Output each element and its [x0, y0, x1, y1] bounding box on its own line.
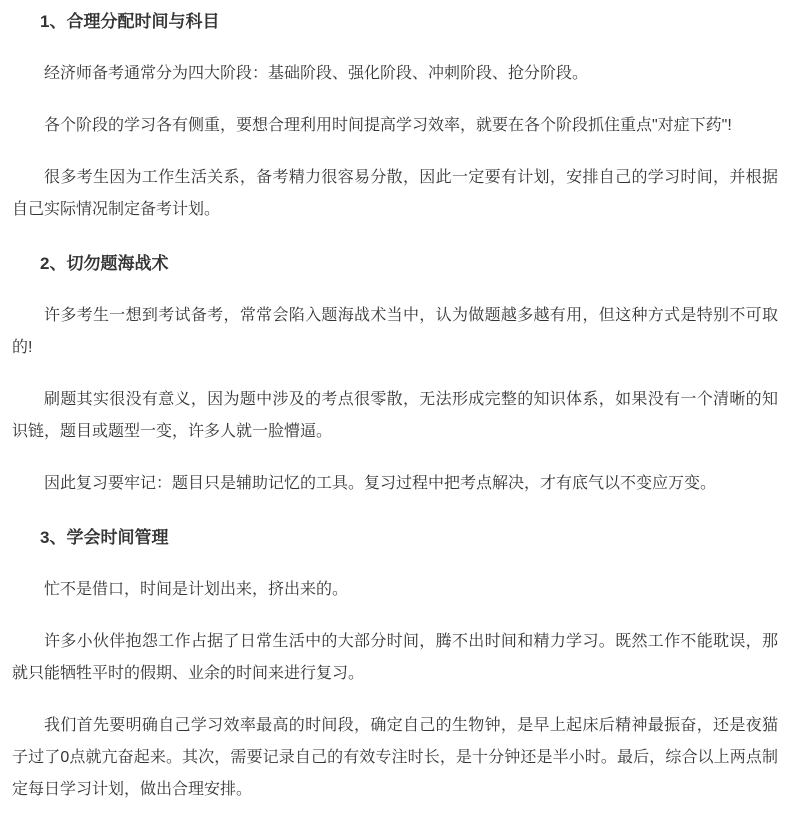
article-body: 1、合理分配时间与科目 经济师备考通常分为四大阶段：基础阶段、强化阶段、冲刺阶段…	[0, 0, 790, 832]
paragraph: 许多考生一想到考试备考，常常会陷入题海战术当中，认为做题越多越有用，但这种方式是…	[12, 300, 778, 364]
paragraph: 刷题其实很没有意义，因为题中涉及的考点很零散，无法形成完整的知识体系，如果没有一…	[12, 384, 778, 448]
section-heading: 1、合理分配时间与科目	[12, 6, 778, 38]
section-time-allocation: 1、合理分配时间与科目 经济师备考通常分为四大阶段：基础阶段、强化阶段、冲刺阶段…	[12, 6, 778, 226]
paragraph: 经济师备考通常分为四大阶段：基础阶段、强化阶段、冲刺阶段、抢分阶段。	[12, 58, 778, 90]
paragraph: 许多小伙伴抱怨工作占据了日常生活中的大部分时间，腾不出时间和精力学习。既然工作不…	[12, 626, 778, 690]
paragraph: 很多考生因为工作生活关系，备考精力很容易分散，因此一定要有计划，安排自己的学习时…	[12, 162, 778, 226]
paragraph: 我们首先要明确自己学习效率最高的时间段，确定自己的生物钟，是早上起床后精神最振奋…	[12, 710, 778, 806]
section-time-management: 3、学会时间管理 忙不是借口，时间是计划出来，挤出来的。 许多小伙伴抱怨工作占据…	[12, 522, 778, 806]
section-heading: 2、切勿题海战术	[12, 248, 778, 280]
section-heading: 3、学会时间管理	[12, 522, 778, 554]
section-no-question-sea: 2、切勿题海战术 许多考生一想到考试备考，常常会陷入题海战术当中，认为做题越多越…	[12, 248, 778, 500]
paragraph: 因此复习要牢记：题目只是辅助记忆的工具。复习过程中把考点解决，才有底气以不变应万…	[12, 468, 778, 500]
paragraph: 忙不是借口，时间是计划出来，挤出来的。	[12, 574, 778, 606]
paragraph: 各个阶段的学习各有侧重，要想合理利用时间提高学习效率，就要在各个阶段抓住重点"对…	[12, 110, 778, 142]
